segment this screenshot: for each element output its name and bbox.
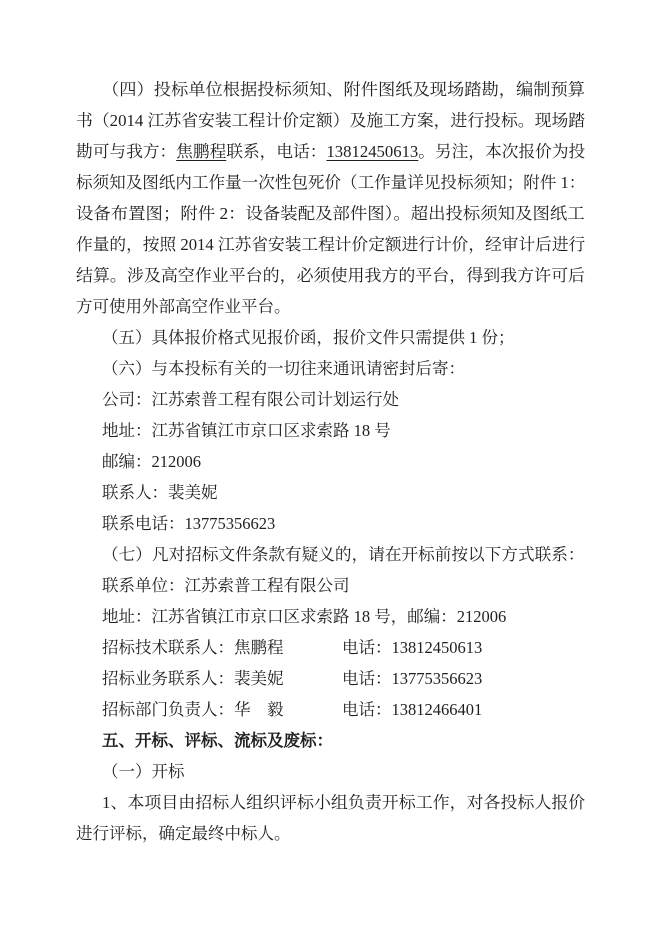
business-contact-row: 招标业务联系人：裴美妮电话：13775356623 [76,663,585,694]
department-head-phone: 电话：13812466401 [342,700,482,719]
section-6-heading: （六）与本投标有关的一切往来通讯请密封后寄： [76,353,585,384]
para-4-line-3-pre: 勘可与我方： [76,142,176,161]
business-contact-name: 招标业务联系人：裴美妮 [102,663,342,694]
section-7-heading-text: （七）凡对招标文件条款有疑义的，请在开标前按以下方式联系： [102,539,584,570]
para-4-line-3-mid: 联系，电话： [226,142,326,161]
tech-contact-phone: 电话：13812450613 [342,638,482,657]
unit-address-text: 地址：江苏省镇江市京口区求索路 18 号，邮编：212006 [102,601,506,632]
para-4-line-3: 勘可与我方：焦鹏程联系，电话：13812450613。另注，本次报价为投 [76,136,585,167]
para-4-line-7-text: 结算。涉及高空作业平台的，必须使用我方的平台，得到我方许可后 [76,260,585,291]
para-4-line-8: 方可使用外部高空作业平台。 [76,291,585,322]
section-5-text: （五）具体报价格式见报价函，报价文件只需提供 1 份； [102,322,515,353]
open-bid-item-line-2: 进行评标，确定最终中标人。 [76,818,585,849]
postcode-text: 邮编：212006 [102,446,201,477]
para-4-line-7: 结算。涉及高空作业平台的，必须使用我方的平台，得到我方许可后 [76,260,585,291]
para-4-line-1-text: （四）投标单位根据投标须知、附件图纸及现场踏勘，编制预算 [102,74,585,105]
para-4-line-6: 作量的，按照 2014 江苏省安装工程计价定额进行计价，经审计后进行 [76,229,585,260]
company-text: 公司：江苏索普工程有限公司计划运行处 [102,384,399,415]
section-wu-heading-text: 五、开标、评标、流标及废标： [102,725,333,756]
company-line: 公司：江苏索普工程有限公司计划运行处 [76,384,585,415]
contact-phone-text: 联系电话：13775356623 [102,508,275,539]
postcode-line: 邮编：212006 [76,446,585,477]
section-5-line: （五）具体报价格式见报价函，报价文件只需提供 1 份； [76,322,585,353]
open-bid-item-line-1: 1、本项目由招标人组织评标小组负责开标工作，对各投标人报价 [76,787,585,818]
section-wu-heading: 五、开标、评标、流标及废标： [76,725,585,756]
section-7-heading: （七）凡对招标文件条款有疑义的，请在开标前按以下方式联系： [76,539,585,570]
para-4-line-5: 设备布置图；附件 2：设备装配及部件图）。超出投标须知及图纸工 [76,198,585,229]
business-contact-phone: 电话：13775356623 [342,669,482,688]
para-4-line-2: 书（2014 江苏省安装工程计价定额）及施工方案，进行投标。现场踏 [76,105,585,136]
section-wu-sub-heading-text: （一）开标 [102,756,185,787]
contact-phone-line: 联系电话：13775356623 [76,508,585,539]
address-text: 地址：江苏省镇江市京口区求索路 18 号 [102,415,391,446]
department-head-name: 招标部门负责人：华 毅 [102,694,342,725]
para-4-line-2-text: 书（2014 江苏省安装工程计价定额）及施工方案，进行投标。现场踏 [76,105,585,136]
open-bid-item-line-2-text: 进行评标，确定最终中标人。 [76,818,291,849]
tech-contact-name: 招标技术联系人：焦鹏程 [102,632,342,663]
document-page: （四）投标单位根据投标须知、附件图纸及现场踏勘，编制预算 书（2014 江苏省安… [0,0,662,936]
unit-address-line: 地址：江苏省镇江市京口区求索路 18 号，邮编：212006 [76,601,585,632]
para-4-line-3-post: 。另注，本次报价为投 [418,142,585,161]
open-bid-item-line-1-text: 1、本项目由招标人组织评标小组负责开标工作，对各投标人报价 [102,787,585,818]
section-6-heading-text: （六）与本投标有关的一切往来通讯请密封后寄： [102,353,465,384]
department-head-row: 招标部门负责人：华 毅电话：13812466401 [76,694,585,725]
para-4-line-4: 标须知及图纸内工作量一次性包死价（工作量详见投标须知；附件 1： [76,167,585,198]
tech-contact-row: 招标技术联系人：焦鹏程电话：13812450613 [76,632,585,663]
section-wu-sub-heading: （一）开标 [76,756,585,787]
phone-number-underlined: 13812450613 [326,142,418,161]
contact-name-underlined: 焦鹏程 [176,142,226,161]
contact-unit-line: 联系单位：江苏索普工程有限公司 [76,570,585,601]
contact-unit-text: 联系单位：江苏索普工程有限公司 [102,570,350,601]
para-4-line-4-text: 标须知及图纸内工作量一次性包死价（工作量详见投标须知；附件 1： [76,167,585,198]
document-body: （四）投标单位根据投标须知、附件图纸及现场踏勘，编制预算 书（2014 江苏省安… [76,74,585,849]
contact-person-line: 联系人：裴美妮 [76,477,585,508]
para-4-line-8-text: 方可使用外部高空作业平台。 [76,291,291,322]
contact-person-text: 联系人：裴美妮 [102,477,218,508]
para-4-line-1: （四）投标单位根据投标须知、附件图纸及现场踏勘，编制预算 [76,74,585,105]
para-4-line-6-text: 作量的，按照 2014 江苏省安装工程计价定额进行计价，经审计后进行 [76,229,585,260]
address-line: 地址：江苏省镇江市京口区求索路 18 号 [76,415,585,446]
para-4-line-5-text: 设备布置图；附件 2：设备装配及部件图）。超出投标须知及图纸工 [76,198,585,229]
